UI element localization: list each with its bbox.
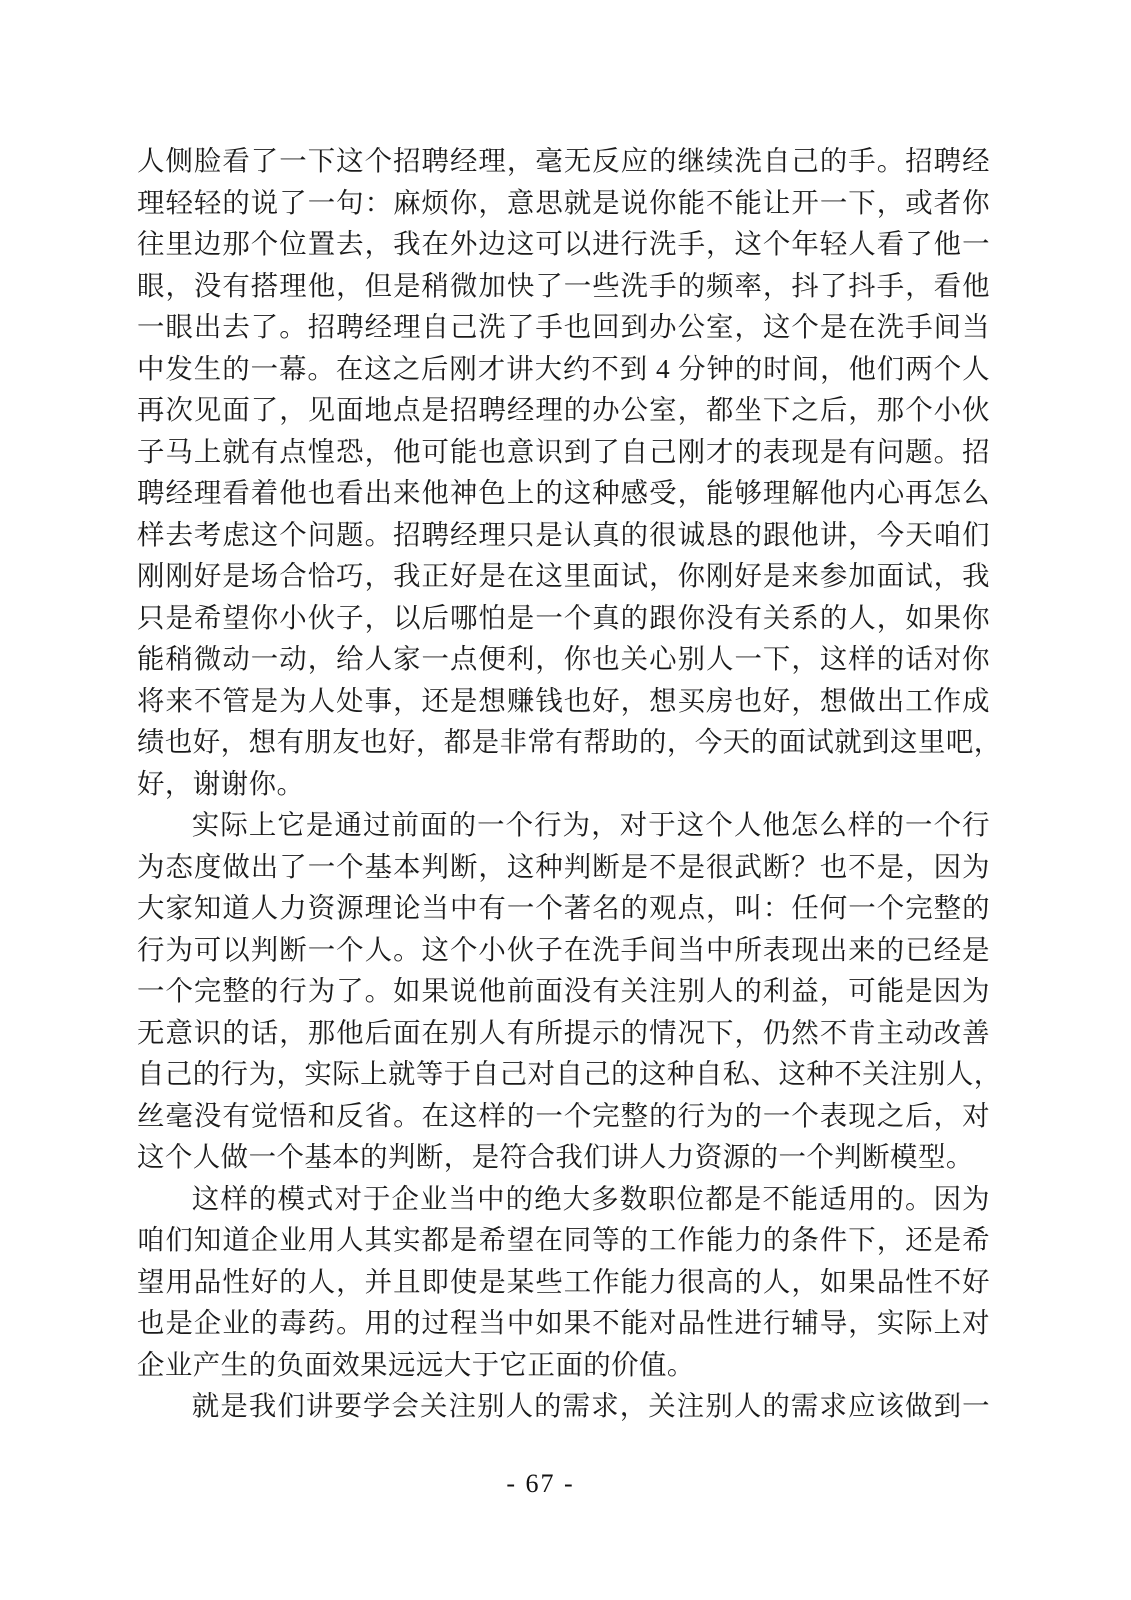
text-line: 将来不管是为人处事，还是想赚钱也好，想买房也好，想做出工作成 <box>137 681 990 723</box>
text-line: 绩也好，想有朋友也好，都是非常有帮助的，今天的面试就到这里吧， <box>137 722 990 764</box>
text-line: 这样的模式对于企业当中的绝大多数职位都是不能适用的。因为 <box>137 1179 990 1221</box>
text-line: 一眼出去了。招聘经理自己洗了手也回到办公室，这个是在洗手间当 <box>137 307 990 349</box>
text-line: 聘经理看着他也看出来他神色上的这种感受，能够理解他内心再怎么 <box>137 473 990 515</box>
text-line: 只是希望你小伙子，以后哪怕是一个真的跟你没有关系的人，如果你 <box>137 598 990 640</box>
document-page: 人侧脸看了一下这个招聘经理，毫无反应的继续洗自己的手。招聘经理轻轻的说了一句：麻… <box>0 0 1131 1600</box>
text-line: 实际上它是通过前面的一个行为，对于这个人他怎么样的一个行 <box>137 805 990 847</box>
text-line: 也是企业的毒药。用的过程当中如果不能对品性进行辅导，实际上对 <box>137 1303 990 1345</box>
text-line: 往里边那个位置去，我在外边这可以进行洗手，这个年轻人看了他一 <box>137 224 990 266</box>
page-number: - 67 - <box>114 1468 967 1500</box>
text-line: 大家知道人力资源理论当中有一个著名的观点，叫：任何一个完整的 <box>137 888 990 930</box>
text-line: 理轻轻的说了一句：麻烦你，意思就是说你能不能让开一下，或者你 <box>137 183 990 225</box>
text-line: 样去考虑这个问题。招聘经理只是认真的很诚恳的跟他讲，今天咱们 <box>137 515 990 557</box>
text-line: 望用品性好的人，并且即使是某些工作能力很高的人，如果品性不好 <box>137 1262 990 1304</box>
text-line: 咱们知道企业用人其实都是希望在同等的工作能力的条件下，还是希 <box>137 1220 990 1262</box>
text-line: 中发生的一幕。在这之后刚才讲大约不到 4 分钟的时间，他们两个人 <box>137 349 990 391</box>
text-line: 人侧脸看了一下这个招聘经理，毫无反应的继续洗自己的手。招聘经 <box>137 141 990 183</box>
text-line: 能稍微动一动，给人家一点便利，你也关心别人一下，这样的话对你 <box>137 639 990 681</box>
text-line: 自己的行为，实际上就等于自己对自己的这种自私、这种不关注别人， <box>137 1054 990 1096</box>
text-line: 再次见面了，见面地点是招聘经理的办公室，都坐下之后，那个小伙 <box>137 390 990 432</box>
text-line: 无意识的话，那他后面在别人有所提示的情况下，仍然不肯主动改善 <box>137 1013 990 1055</box>
text-line: 为态度做出了一个基本判断，这种判断是不是很武断？也不是，因为 <box>137 847 990 889</box>
text-line: 一个完整的行为了。如果说他前面没有关注别人的利益，可能是因为 <box>137 971 990 1013</box>
text-line: 好，谢谢你。 <box>137 764 990 806</box>
text-line: 刚刚好是场合恰巧，我正好是在这里面试，你刚好是来参加面试，我 <box>137 556 990 598</box>
text-line: 眼，没有搭理他，但是稍微加快了一些洗手的频率，抖了抖手，看他 <box>137 266 990 308</box>
page-text-block: 人侧脸看了一下这个招聘经理，毫无反应的继续洗自己的手。招聘经理轻轻的说了一句：麻… <box>137 141 990 1428</box>
text-line: 子马上就有点惶恐，他可能也意识到了自己刚才的表现是有问题。招 <box>137 432 990 474</box>
text-line: 丝毫没有觉悟和反省。在这样的一个完整的行为的一个表现之后，对 <box>137 1096 990 1138</box>
text-line: 企业产生的负面效果远远大于它正面的价值。 <box>137 1345 990 1387</box>
text-line: 行为可以判断一个人。这个小伙子在洗手间当中所表现出来的已经是 <box>137 930 990 972</box>
text-line: 这个人做一个基本的判断，是符合我们讲人力资源的一个判断模型。 <box>137 1137 990 1179</box>
text-line: 就是我们讲要学会关注别人的需求，关注别人的需求应该做到一 <box>137 1386 990 1428</box>
